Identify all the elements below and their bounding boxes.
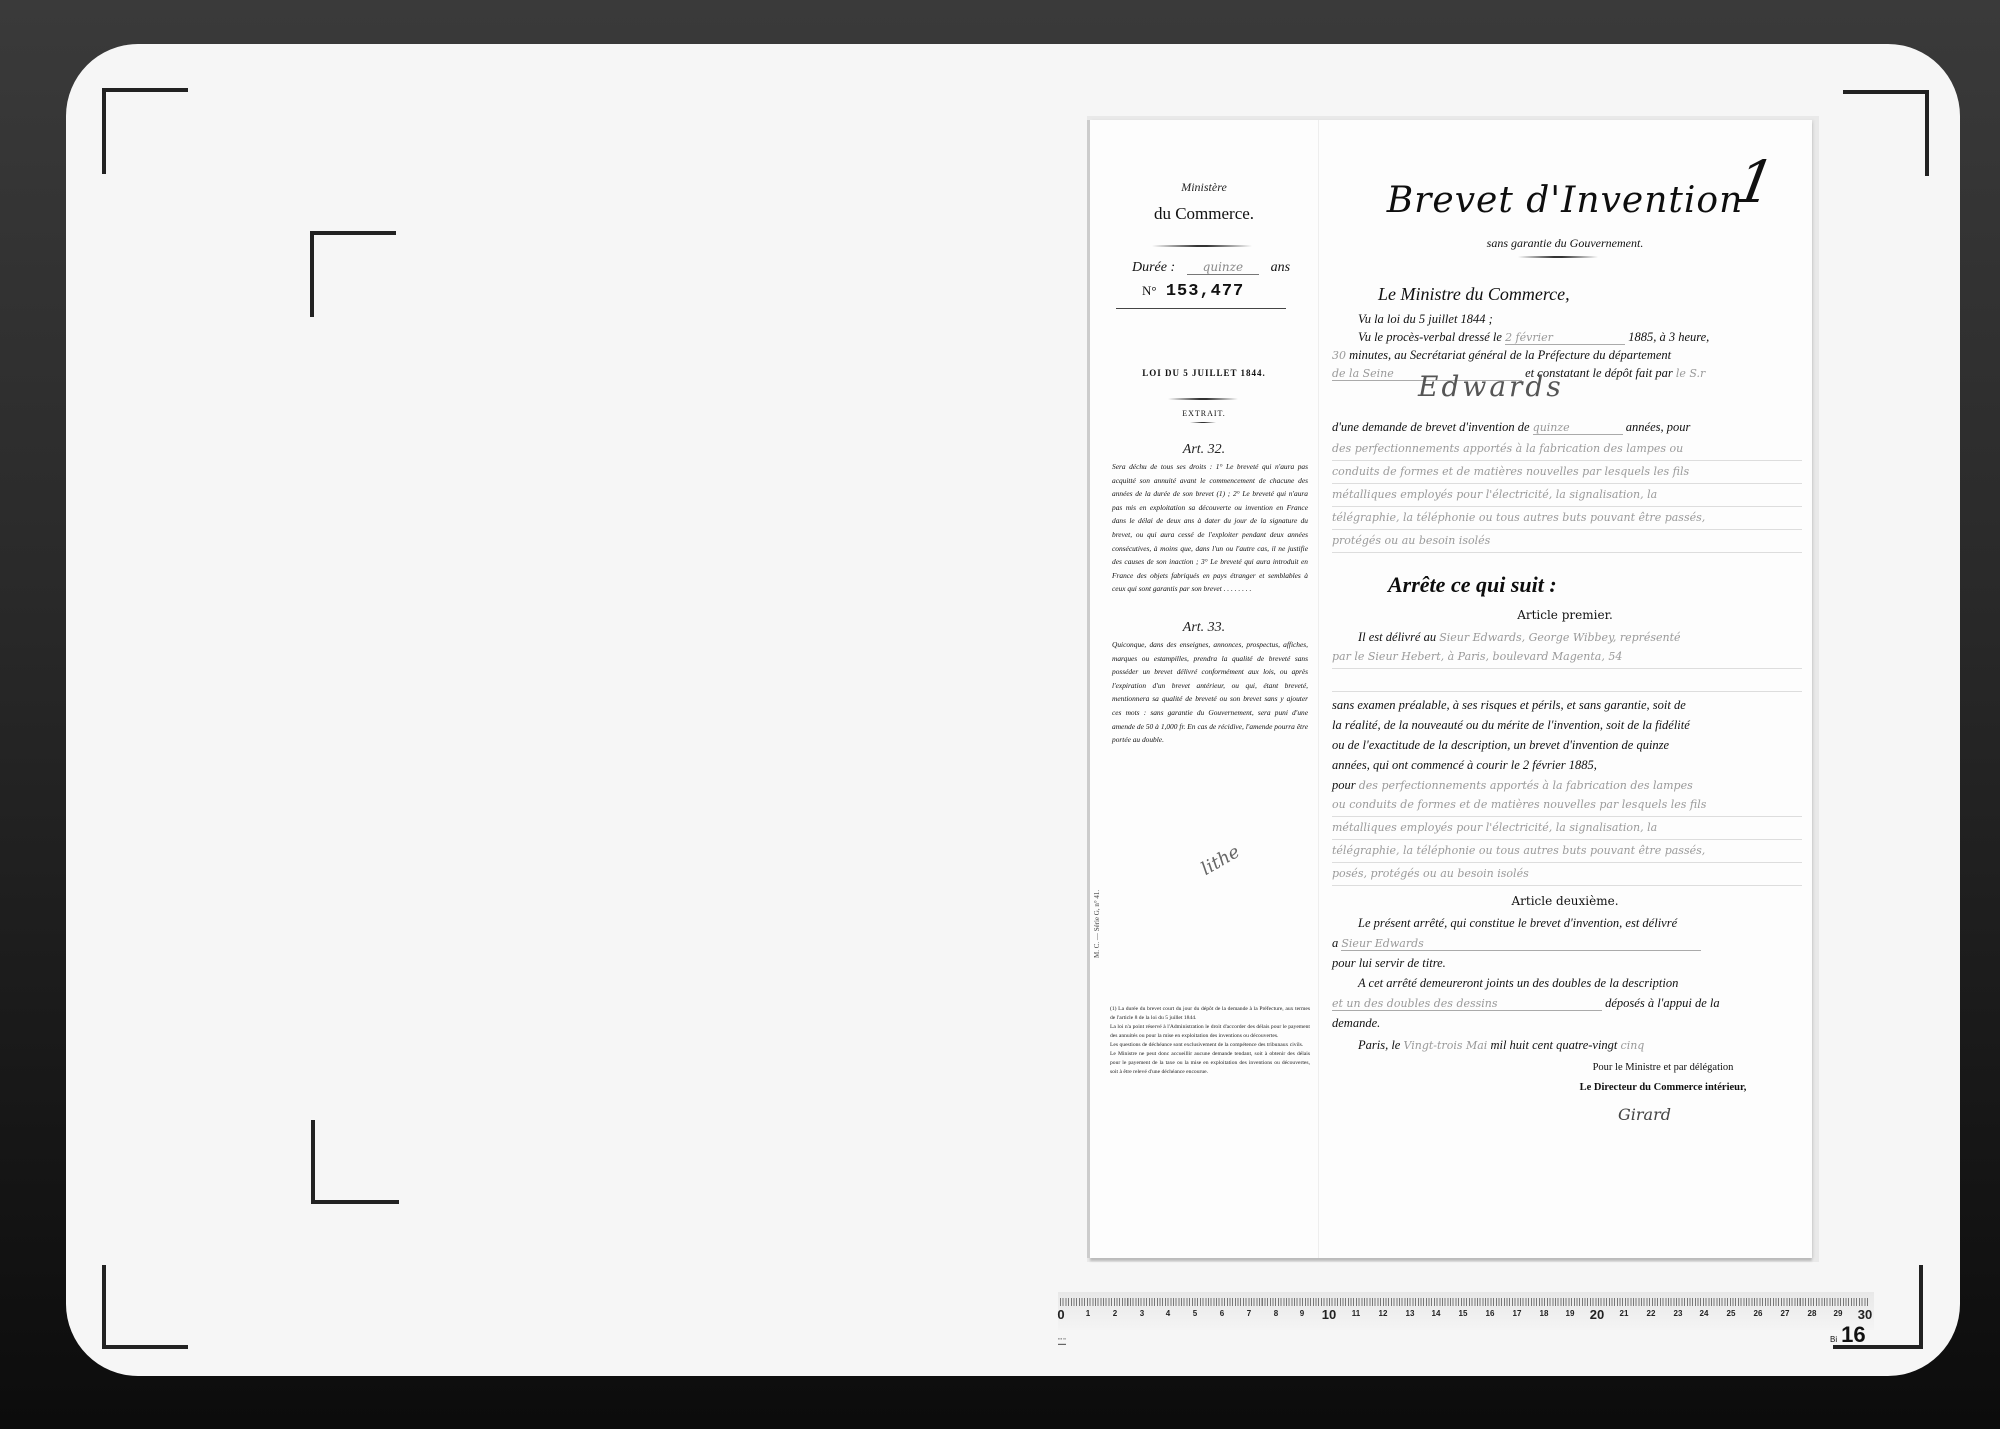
ruler-labels: 0 1 2 3 4 5 6 7 8 9 10 11 12 13 14 15 16…: [1058, 1309, 1874, 1325]
vu-loi-line: Vu la loi du 5 juillet 1844 ;: [1358, 312, 1828, 327]
ornament-rule: [1518, 256, 1598, 258]
pour-line: métalliques employés pour l'électricité,…: [1332, 817, 1802, 840]
arrete-heading: Arrête ce qui suit :: [1388, 572, 1557, 598]
ruler-label: 30: [1858, 1307, 1872, 1322]
article-2-line: demande.: [1332, 1016, 1802, 1031]
article-2-line: pour lui servir de titre.: [1332, 956, 1802, 971]
pv-year: 1885, à 3 heure,: [1628, 330, 1709, 344]
date-line: Paris, le Vingt-trois Mai mil huit cent …: [1358, 1038, 1828, 1053]
article-32-text: Sera déchu de tous ses droits : 1° Le br…: [1112, 460, 1308, 596]
delegation-line: Pour le Ministre et par délégation: [1538, 1062, 1788, 1073]
ruler-label: 25: [1727, 1309, 1736, 1318]
ruler-label: 8: [1274, 1309, 1278, 1318]
pencil-annotation: lithe: [1197, 841, 1243, 880]
pour-line: pour des perfectionnements apportés à la…: [1332, 778, 1802, 793]
measurement-ruler: 0 1 2 3 4 5 6 7 8 9 10 11 12 13 14 15 16…: [1058, 1292, 1874, 1330]
date-suffix: mil huit cent quatre-vingt: [1490, 1038, 1617, 1052]
pour-line: ou conduits de formes et de matières nou…: [1332, 794, 1802, 817]
ruler-label: 5: [1193, 1309, 1197, 1318]
left-margin-column: Ministère du Commerce. Durée : quinze an…: [1090, 120, 1319, 1258]
extract-heading: EXTRAIT.: [1090, 409, 1318, 418]
crop-mark-inner-top-left: [310, 231, 396, 317]
article-32-heading: Art. 32.: [1090, 442, 1318, 458]
pv-date-handwritten: 2 février: [1505, 331, 1625, 345]
ministry-label: Ministère: [1090, 180, 1318, 195]
main-column: 1 Brevet d'Invention sans garantie du Go…: [1318, 120, 1812, 1258]
demande-years-handwritten: quinze: [1533, 421, 1623, 435]
footnote-4: Le Ministre ne peut donc accueillir aucu…: [1110, 1050, 1310, 1077]
attachments-handwritten: et un des doubles des dessins: [1332, 997, 1602, 1011]
ministry-name: du Commerce.: [1090, 204, 1318, 224]
article-2-attachments-line: et un des doubles des dessins déposés à …: [1332, 996, 1802, 1011]
footnote-3: Les questions de déchéance sont exclusiv…: [1110, 1041, 1310, 1050]
short-rule: [1190, 422, 1216, 423]
blank-line: [1332, 669, 1802, 692]
ruler-label: 15: [1459, 1309, 1468, 1318]
pour-line: posés, protégés ou au besoin isolés: [1332, 863, 1802, 886]
crop-mark-bottom-left: [102, 1265, 188, 1349]
department-line: de la Seine et constatant le dépôt fait …: [1332, 366, 1802, 381]
ruler-label: 17: [1513, 1309, 1522, 1318]
ruler-label: 24: [1700, 1309, 1709, 1318]
date-handwritten: Vingt-trois Mai: [1403, 1039, 1487, 1052]
date-prefix: Paris, le: [1358, 1038, 1400, 1052]
proces-verbal-line: Vu le procès-verbal dressé le 2 février …: [1358, 330, 1828, 345]
ruler-label: 1: [1086, 1309, 1090, 1318]
article-1-text-line: la réalité, de la nouveauté ou du mérite…: [1332, 718, 1802, 733]
ruler-label: 20: [1590, 1307, 1604, 1322]
beneficiary-address-handwritten: par le Sieur Hebert, à Paris, boulevard …: [1332, 646, 1802, 692]
year-handwritten: cinq: [1621, 1039, 1645, 1052]
footnote-1: (1) La durée du brevet court du jour du …: [1110, 1005, 1310, 1023]
invention-line: conduits de formes et de matières nouvel…: [1332, 461, 1802, 484]
invention-description-handwritten: des perfectionnements apportés à la fabr…: [1332, 438, 1802, 553]
minutes-line: 30 minutes, au Secrétariat général de la…: [1332, 348, 1802, 363]
patent-document-page: Ministère du Commerce. Durée : quinze an…: [1090, 120, 1812, 1258]
pour-prefix: pour: [1332, 778, 1356, 792]
ruler-label: 10: [1322, 1307, 1336, 1322]
minister-heading: Le Ministre du Commerce,: [1378, 284, 1570, 305]
crop-mark-top-left: [102, 88, 188, 174]
applicant-name-handwritten: Edwards: [1418, 370, 1564, 403]
ruler-label: 9: [1300, 1309, 1304, 1318]
law-heading: LOI DU 5 JUILLET 1844.: [1090, 368, 1318, 378]
ruler-label: 16: [1486, 1309, 1495, 1318]
ruler-label: 22: [1647, 1309, 1656, 1318]
article-2-heading: Article deuxième.: [1318, 894, 1812, 908]
beneficiary-address: par le Sieur Hebert, à Paris, boulevard …: [1332, 646, 1802, 669]
article-1-text-line: années, qui ont commencé à courir le 2 f…: [1332, 758, 1802, 773]
ruler-label: 18: [1540, 1309, 1549, 1318]
ruler-label: 11: [1352, 1309, 1360, 1318]
article-1-heading: Article premier.: [1318, 608, 1812, 622]
frame-number-value: 16: [1841, 1322, 1865, 1347]
duration-value: quinze: [1187, 260, 1259, 275]
beneficiary-handwritten: Sieur Edwards, George Wibbey, représenté: [1439, 631, 1680, 644]
ruler-label: 21: [1620, 1309, 1629, 1318]
article-2-line: Le présent arrêté, qui constitue le brev…: [1358, 916, 1828, 931]
demande-suffix: années, pour: [1626, 420, 1691, 434]
invention-line: des perfectionnements apportés à la fabr…: [1332, 438, 1802, 461]
ruler-maker-mark: ▪▪▪ ▪▪▬▬: [1058, 1336, 1088, 1346]
form-series-print: M. C. — Série G, n° 41.: [1093, 890, 1101, 958]
minutes-handwritten: 30: [1332, 349, 1346, 362]
signature: Girard: [1618, 1105, 1671, 1124]
article-1-text-line: sans examen préalable, à ses risques et …: [1332, 698, 1802, 713]
ruler-label: 2: [1113, 1309, 1117, 1318]
number-label: N°: [1142, 283, 1157, 298]
ruler-label: 3: [1140, 1309, 1144, 1318]
crop-mark-inner-bottom-left: [311, 1120, 399, 1204]
footnote-2: La loi n'a point réservé à l'Administrat…: [1110, 1023, 1310, 1041]
number-value: 153,477: [1166, 282, 1244, 301]
divider-rule: [1116, 308, 1286, 309]
ruler-label: 27: [1781, 1309, 1790, 1318]
ruler-label: 7: [1247, 1309, 1251, 1318]
attachments-suffix: déposés à l'appui de la: [1605, 996, 1719, 1010]
pour-handwritten: des perfectionnements apportés à la fabr…: [1359, 779, 1693, 792]
ornament-rule: [1168, 398, 1238, 400]
director-title: Le Directeur du Commerce intérieur,: [1538, 1082, 1788, 1093]
invention-line: métalliques employés pour l'électricité,…: [1332, 484, 1802, 507]
frame-prefix: Bi: [1830, 1335, 1837, 1344]
pv-prefix: Vu le procès-verbal dressé le: [1358, 330, 1502, 344]
frame-number: Bi16: [1830, 1322, 1866, 1348]
ruler-label: 19: [1566, 1309, 1575, 1318]
recipient-prefix: a: [1332, 936, 1338, 950]
ruler-label: 26: [1754, 1309, 1763, 1318]
ornament-rule: [1152, 245, 1252, 247]
article-1-beneficiary-line: Il est délivré au Sieur Edwards, George …: [1358, 630, 1828, 645]
article-2-line: A cet arrêté demeureront joints un des d…: [1358, 976, 1828, 991]
ruler-label: 4: [1166, 1309, 1170, 1318]
ruler-ticks: [1060, 1298, 1868, 1306]
ruler-label: 6: [1220, 1309, 1224, 1318]
ruler-label: 28: [1808, 1309, 1817, 1318]
invention-line: télégraphie, la téléphonie ou tous autre…: [1332, 507, 1802, 530]
depot-handwritten: le S.r: [1676, 367, 1705, 380]
crop-mark-top-right: [1843, 90, 1929, 176]
duration-unit: ans: [1271, 260, 1290, 275]
pour-line: télégraphie, la téléphonie ou tous autre…: [1332, 840, 1802, 863]
minutes-text: minutes, au Secrétariat général de la Pr…: [1349, 348, 1671, 362]
ruler-label: 0: [1057, 1307, 1064, 1322]
ruler-label: 14: [1432, 1309, 1441, 1318]
document-title: Brevet d'Invention: [1318, 180, 1812, 221]
recipient-handwritten: Sieur Edwards: [1341, 937, 1701, 951]
demande-text: d'une demande de brevet d'invention de: [1332, 420, 1530, 434]
duration-label: Durée :: [1132, 260, 1175, 275]
article-1-text-line: ou de l'exactitude de la description, un…: [1332, 738, 1802, 753]
ruler-label: 13: [1406, 1309, 1415, 1318]
art1-prefix: Il est délivré au: [1358, 630, 1436, 644]
document-subtitle: sans garantie du Gouvernement.: [1318, 236, 1812, 251]
footnotes: (1) La durée du brevet court du jour du …: [1110, 1005, 1310, 1077]
article-33-text: Quiconque, dans des enseignes, annonces,…: [1112, 638, 1308, 747]
invention-line: protégés ou au besoin isolés: [1332, 530, 1802, 553]
patent-number: N° 153,477: [1142, 282, 1244, 301]
pour-description-handwritten: ou conduits de formes et de matières nou…: [1332, 794, 1802, 886]
ruler-label: 29: [1834, 1309, 1843, 1318]
ruler-label: 23: [1674, 1309, 1683, 1318]
duration-field: Durée : quinze ans: [1132, 260, 1290, 276]
ruler-label: 12: [1379, 1309, 1388, 1318]
demande-line: d'une demande de brevet d'invention de q…: [1332, 420, 1802, 435]
article-33-heading: Art. 33.: [1090, 620, 1318, 636]
article-2-recipient-line: a Sieur Edwards: [1332, 936, 1802, 951]
